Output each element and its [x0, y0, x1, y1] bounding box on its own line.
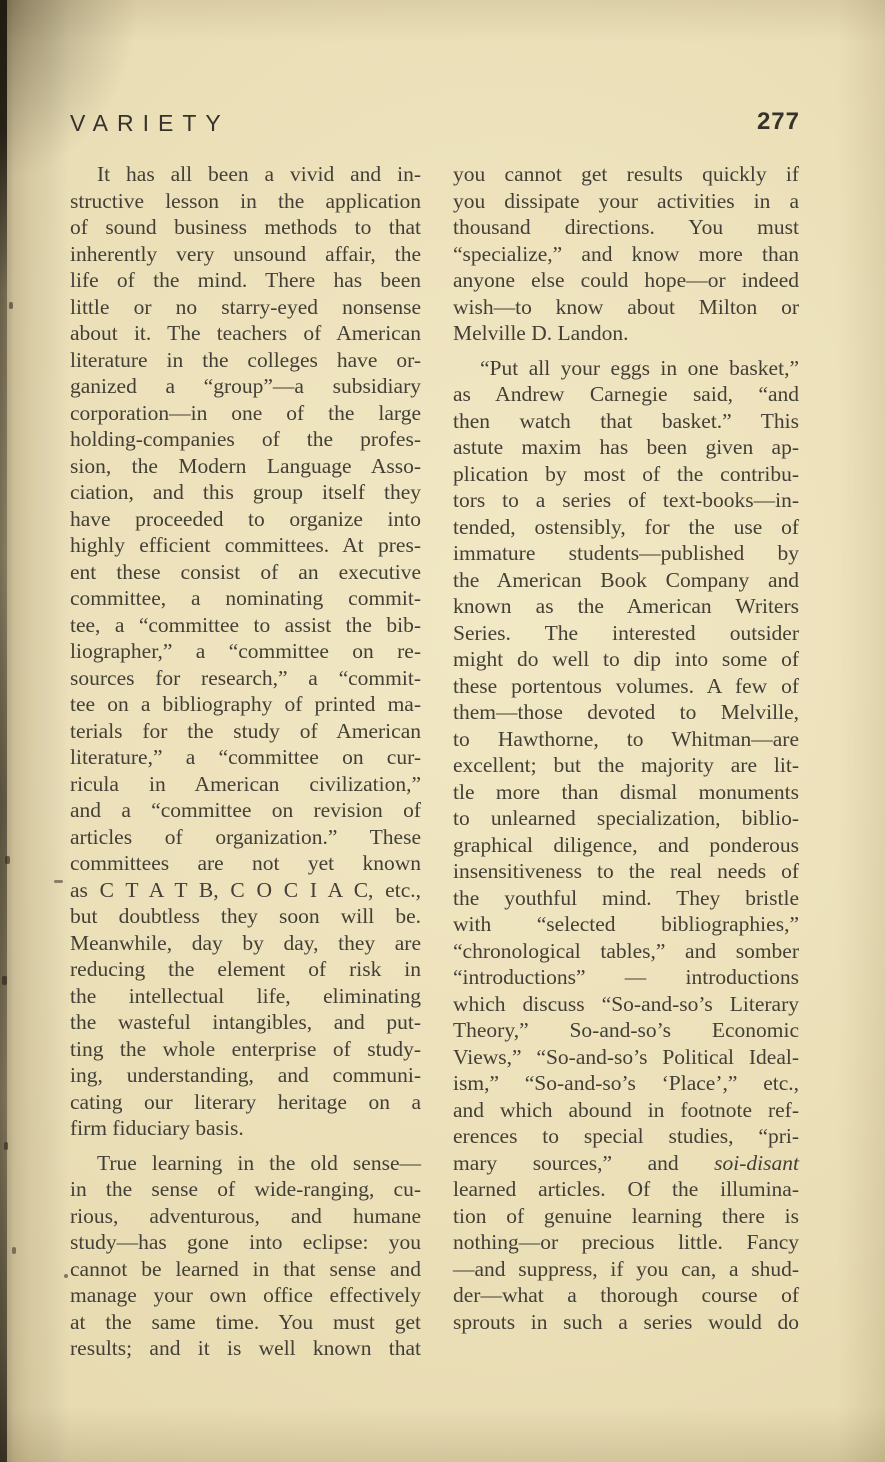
- binding-speck: [5, 856, 10, 864]
- text-line: ganized a “group”—a subsidiary: [70, 373, 421, 400]
- text-line: ciation, and this group itself they: [70, 479, 421, 506]
- text-line: wish—to know about Milton or: [453, 294, 799, 321]
- page-number: 277: [757, 108, 800, 136]
- text-line: holding-companies of the profes-: [70, 426, 421, 453]
- text-line: tee on a bibliography of printed ma-: [70, 691, 421, 718]
- text-line: “Put all your eggs in one basket,”: [453, 355, 799, 382]
- text-line: them—those devoted to Melville,: [453, 699, 799, 726]
- text-line: the wasteful intangibles, and put-: [70, 1009, 421, 1036]
- text-line: highly efficient committees. At pres-: [70, 532, 421, 559]
- column-left: It has all been a vivid and in-structive…: [70, 161, 421, 1362]
- text-line: study—has gone into eclipse: you: [70, 1229, 421, 1256]
- text-line: results; and it is well known that: [70, 1335, 421, 1362]
- text-line: plication by most of the contribu-: [453, 461, 799, 488]
- text-line: might do well to dip into some of: [453, 646, 799, 673]
- text-line: as Andrew Carnegie said, “and: [453, 381, 799, 408]
- binding-speck: [2, 976, 7, 985]
- binding-edge: [0, 0, 7, 1462]
- text-line: and a “committee on revision of: [70, 797, 421, 824]
- text-line: the youthful mind. They bristle: [453, 885, 799, 912]
- running-head: VARIETY 277: [70, 110, 800, 140]
- text-line: ing, understanding, and communi-: [70, 1062, 421, 1089]
- text-line: as C T A T B, C O C I A C, etc.,: [70, 877, 421, 904]
- margin-dash-mark: [54, 880, 63, 883]
- text-line: Meanwhile, day by day, they are: [70, 930, 421, 957]
- text-line: ism,” “So-and-so’s ‘Place’,” etc.,: [453, 1070, 799, 1097]
- text-line: ent these consist of an executive: [70, 559, 421, 586]
- text-line: committees are not yet known: [70, 850, 421, 877]
- text-line: terials for the study of American: [70, 718, 421, 745]
- margin-dot-mark: [64, 1274, 68, 1278]
- text-line: which discuss “So-and-so’s Literary: [453, 991, 799, 1018]
- text-line: to unlearned specialization, biblio-: [453, 805, 799, 832]
- text-line: but doubtless they soon will be.: [70, 903, 421, 930]
- text-line: then watch that basket.” This: [453, 408, 799, 435]
- text-line: literature,” a “committee on cur-: [70, 744, 421, 771]
- binding-speck: [12, 1247, 16, 1254]
- paragraph: you cannot get results quickly ifyou dis…: [453, 161, 799, 347]
- text-line: anyone else could hope—or indeed: [453, 267, 799, 294]
- text-line: tle more than dismal monuments: [453, 779, 799, 806]
- paragraph: It has all been a vivid and in-structive…: [70, 161, 421, 1142]
- text-line: der—what a thorough course of: [453, 1282, 799, 1309]
- text-line: have proceeded to organize into: [70, 506, 421, 533]
- text-line: excellent; but the majority are lit-: [453, 752, 799, 779]
- text-line: learned articles. Of the illumina-: [453, 1176, 799, 1203]
- text-line: known as the American Writers: [453, 593, 799, 620]
- text-line: Views,” “So-and-so’s Political Ideal-: [453, 1044, 799, 1071]
- text-line: “chronological tables,” and somber: [453, 938, 799, 965]
- text-line: nothing—or precious little. Fancy: [453, 1229, 799, 1256]
- text-line: cannot be learned in that sense and: [70, 1256, 421, 1283]
- column-right: you cannot get results quickly ifyou dis…: [453, 161, 799, 1335]
- page-title: VARIETY: [70, 110, 230, 137]
- text-line: literature in the colleges have or-: [70, 347, 421, 374]
- text-line: astute maxim has been given ap-: [453, 434, 799, 461]
- text-line: cating our literary heritage on a: [70, 1089, 421, 1116]
- text-line: True learning in the old sense—: [70, 1150, 421, 1177]
- text-line: you dissipate your activities in a: [453, 188, 799, 215]
- text-line: firm fiduciary basis.: [70, 1115, 421, 1142]
- text-line: articles of organization.” These: [70, 824, 421, 851]
- text-line: immature students—published by: [453, 540, 799, 567]
- text-line: committee, a nominating commit-: [70, 585, 421, 612]
- text-line: —and suppress, if you can, a shud-: [453, 1256, 799, 1283]
- text-line: little or no starry-eyed nonsense: [70, 294, 421, 321]
- text-line: rious, adventurous, and humane: [70, 1203, 421, 1230]
- text-line: and which abound in footnote ref-: [453, 1097, 799, 1124]
- text-line: mary sources,” and soi-disant: [453, 1150, 799, 1177]
- text-line: with “selected bibliographies,”: [453, 911, 799, 938]
- book-page: VARIETY 277 It has all been a vivid and …: [0, 0, 885, 1462]
- text-line: Melville D. Landon.: [453, 320, 799, 347]
- text-line: at the same time. You must get: [70, 1309, 421, 1336]
- binding-speck: [9, 302, 13, 309]
- page-corner-shading: [0, 0, 140, 180]
- text-line: to Hawthorne, to Whitman—are: [453, 726, 799, 753]
- text-line: about it. The teachers of American: [70, 320, 421, 347]
- text-line: ting the whole enterprise of study-: [70, 1036, 421, 1063]
- paragraph: True learning in the old sense—in the se…: [70, 1150, 421, 1362]
- text-line: “specialize,” and know more than: [453, 241, 799, 268]
- text-line: Theory,” So-and-so’s Economic: [453, 1017, 799, 1044]
- text-line: in the sense of wide-ranging, cu-: [70, 1176, 421, 1203]
- text-line: ricula in American civilization,”: [70, 771, 421, 798]
- text-line: the intellectual life, eliminating: [70, 983, 421, 1010]
- text-line: reducing the element of risk in: [70, 956, 421, 983]
- text-line: thousand directions. You must: [453, 214, 799, 241]
- text-line: “introductions” — introductions: [453, 964, 799, 991]
- text-line: manage your own office effectively: [70, 1282, 421, 1309]
- text-line: inherently very unsound affair, the: [70, 241, 421, 268]
- text-line: of sound business methods to that: [70, 214, 421, 241]
- text-line: sprouts in such a series would do: [453, 1309, 799, 1336]
- binding-speck: [4, 1142, 8, 1150]
- text-line: It has all been a vivid and in-: [70, 161, 421, 188]
- text-line: life of the mind. There has been: [70, 267, 421, 294]
- text-line: Series. The interested outsider: [453, 620, 799, 647]
- text-line: tended, ostensibly, for the use of: [453, 514, 799, 541]
- text-line: tion of genuine learning there is: [453, 1203, 799, 1230]
- text-line: the American Book Company and: [453, 567, 799, 594]
- text-line: sources for research,” a “commit-: [70, 665, 421, 692]
- text-line: insensitiveness to the real needs of: [453, 858, 799, 885]
- text-line: you cannot get results quickly if: [453, 161, 799, 188]
- text-line: structive lesson in the application: [70, 188, 421, 215]
- text-line: sion, the Modern Language Asso-: [70, 453, 421, 480]
- paragraph: “Put all your eggs in one basket,”as And…: [453, 355, 799, 1336]
- text-line: tors to a series of text-books—in-: [453, 487, 799, 514]
- text-line: tee, a “committee to assist the bib-: [70, 612, 421, 639]
- text-line: erences to special studies, “pri-: [453, 1123, 799, 1150]
- text-line: these portentous volumes. A few of: [453, 673, 799, 700]
- binding-gutter-shadow: [0, 0, 70, 1462]
- text-line: graphical diligence, and ponderous: [453, 832, 799, 859]
- text-line: corporation—in one of the large: [70, 400, 421, 427]
- text-line: liographer,” a “committee on re-: [70, 638, 421, 665]
